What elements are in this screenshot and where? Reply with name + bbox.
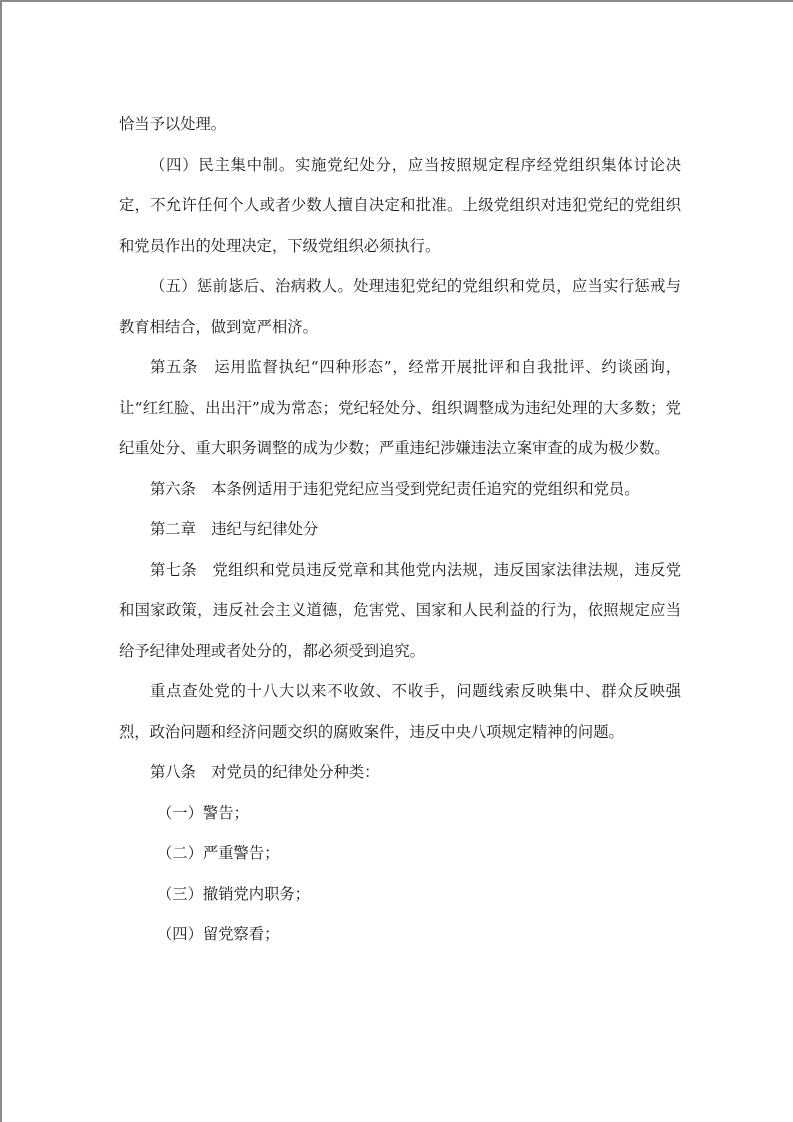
paragraph-punishment-education: （五）惩前毖后、治病救人。处理违犯党纪的党组织和党员，应当实行惩戒与教育相结合，… (119, 266, 681, 347)
list-item-dismissal-from-post: （三）撤销党内职务； (119, 874, 681, 915)
article-6: 第六条 本条例适用于违犯党纪应当受到党纪责任追究的党组织和党员。 (119, 469, 681, 510)
article-7: 第七条 党组织和党员违反党章和其他党内法规，违反国家法律法规，违反党和国家政策，… (119, 550, 681, 672)
list-item-probation: （四）留党察看； (119, 914, 681, 955)
article-8: 第八条 对党员的纪律处分种类： (119, 752, 681, 793)
paragraph-continuation: 恰当予以处理。 (119, 104, 681, 145)
chapter-2-heading: 第二章 违纪与纪律处分 (119, 509, 681, 550)
document-body: 恰当予以处理。 （四）民主集中制。实施党纪处分，应当按照规定程序经党组织集体讨论… (119, 104, 681, 955)
document-page: 恰当予以处理。 （四）民主集中制。实施党纪处分，应当按照规定程序经党组织集体讨论… (0, 0, 793, 1122)
list-item-warning: （一）警告； (119, 793, 681, 834)
list-item-serious-warning: （二）严重警告； (119, 833, 681, 874)
article-5: 第五条 运用监督执纪“四种形态”，经常开展批评和自我批评、约谈函询，让“红红脸、… (119, 347, 681, 469)
paragraph-key-investigation: 重点查处党的十八大以来不收敛、不收手，问题线索反映集中、群众反映强烈，政治问题和… (119, 671, 681, 752)
paragraph-democratic-centralism: （四）民主集中制。实施党纪处分，应当按照规定程序经党组织集体讨论决定，不允许任何… (119, 145, 681, 267)
